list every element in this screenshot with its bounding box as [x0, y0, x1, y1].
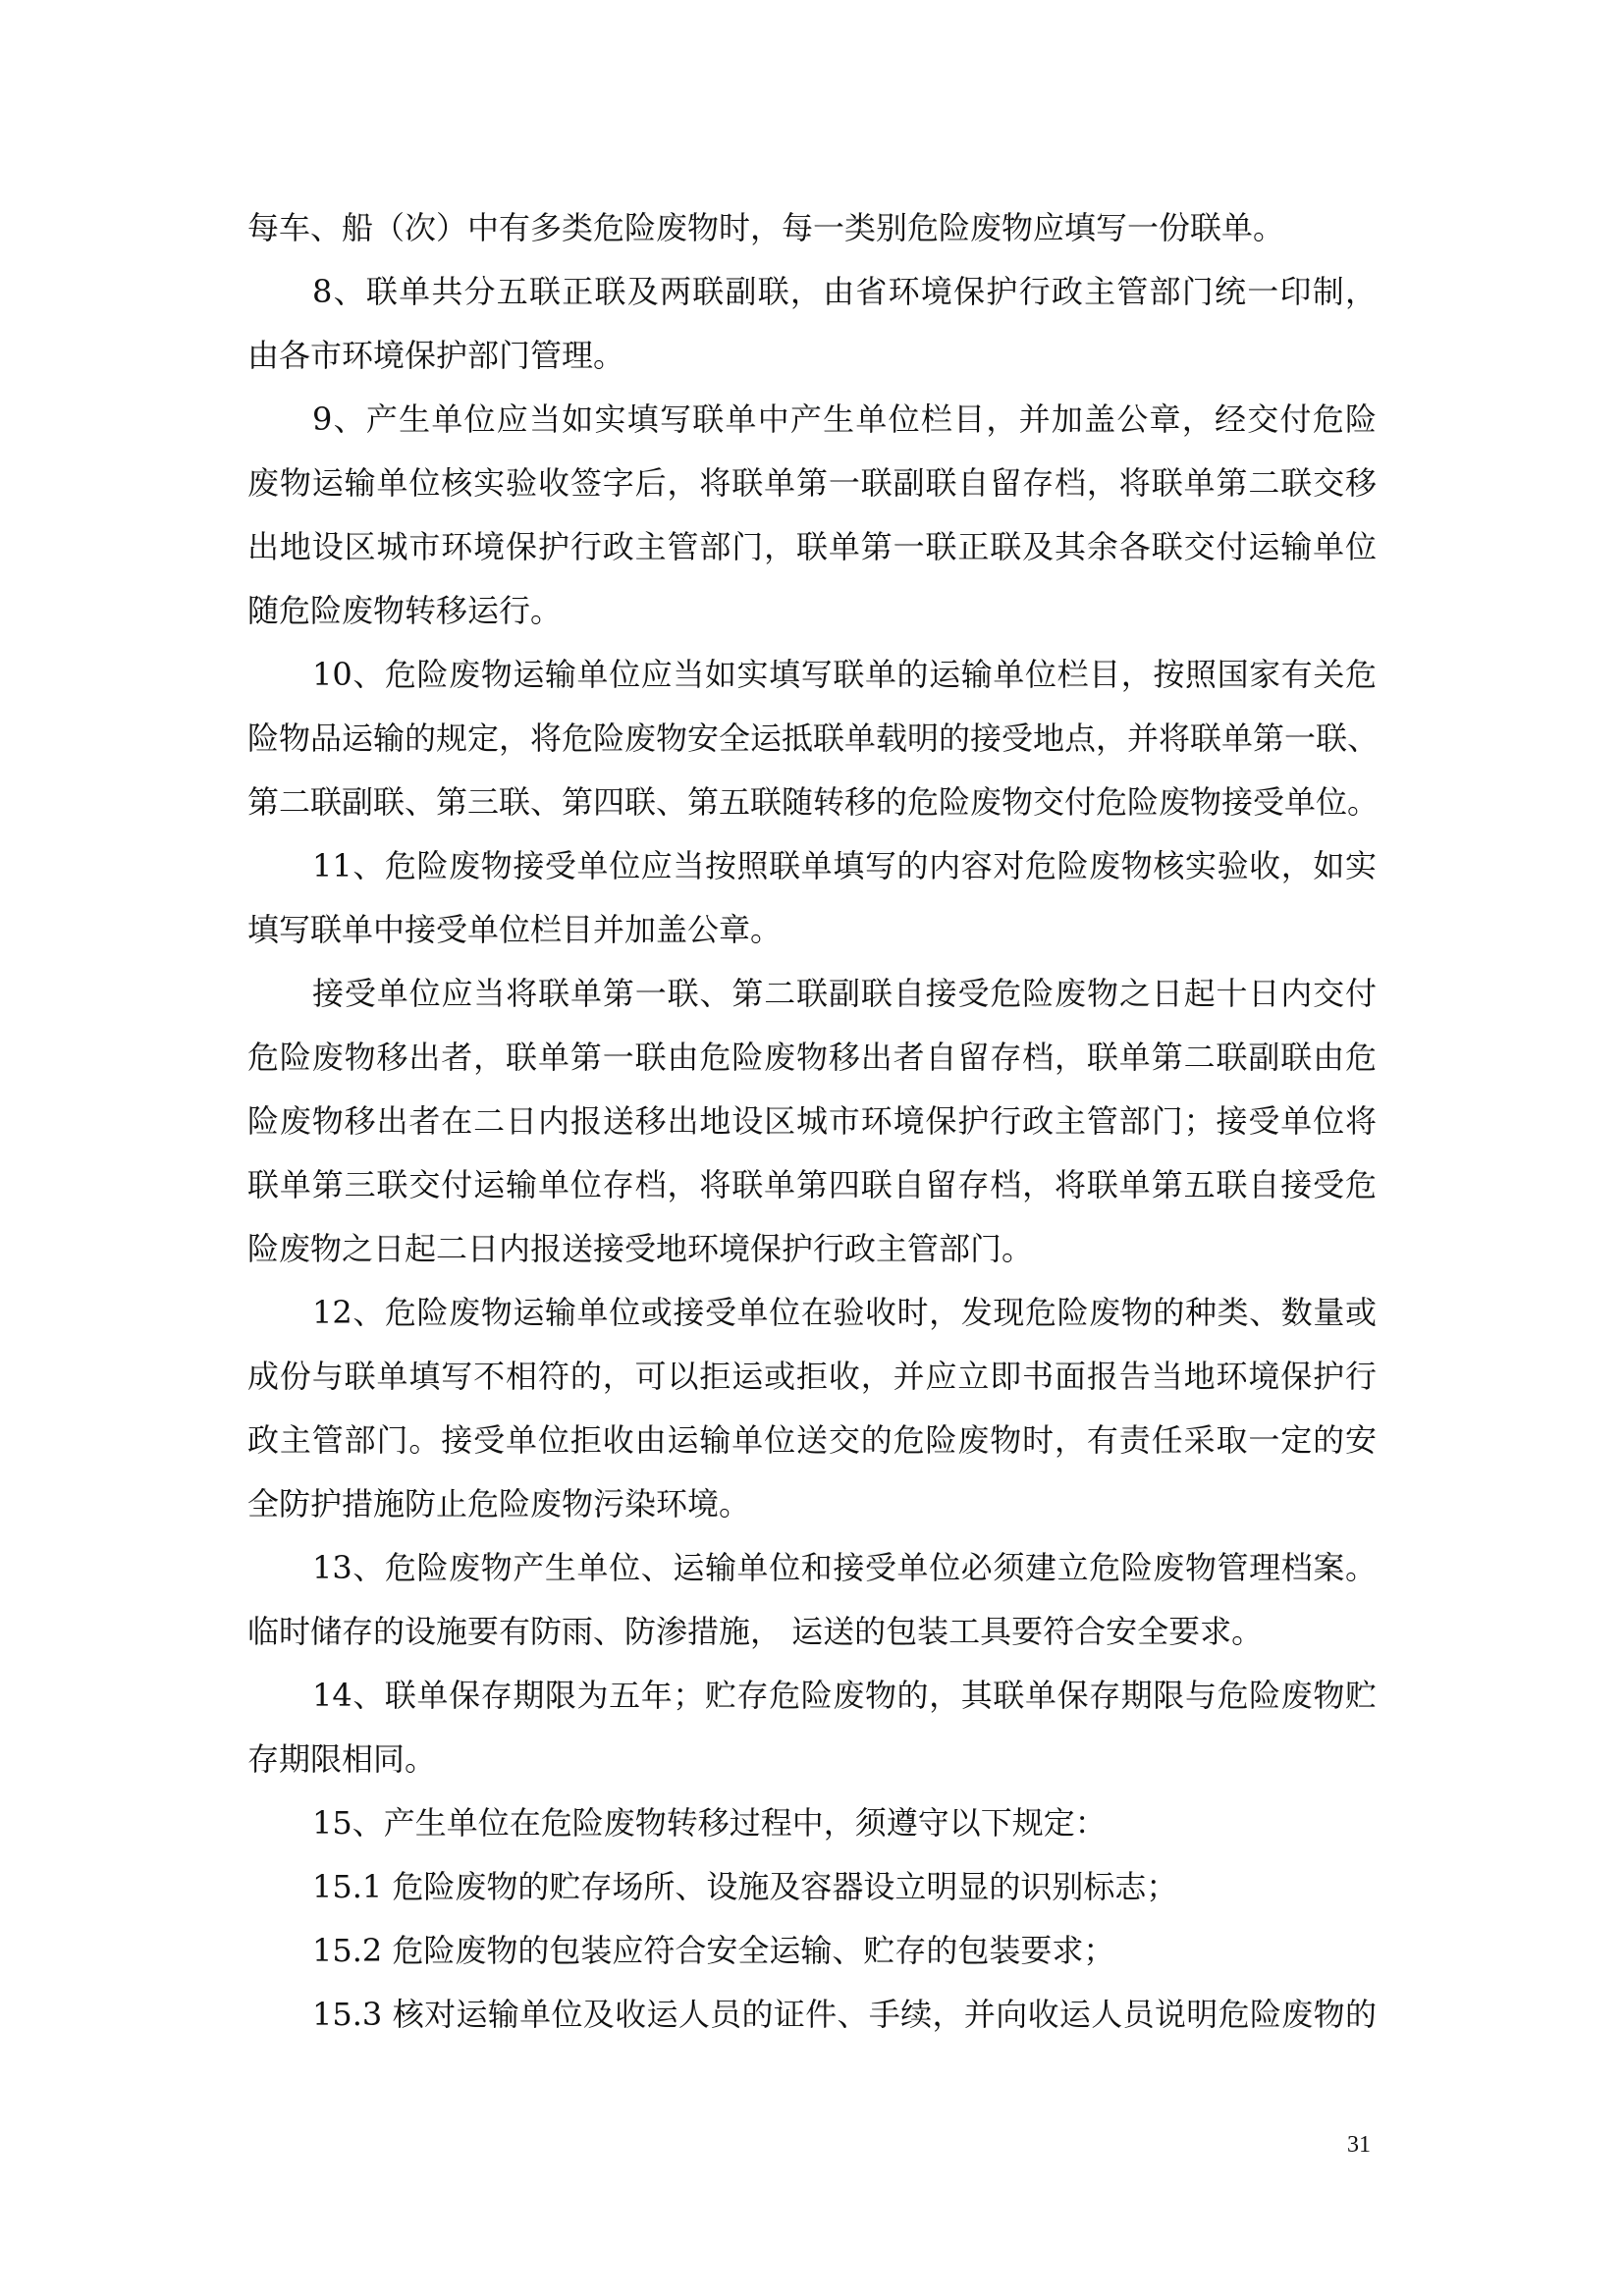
- text-line: 危险废物移出者，联单第一联由危险废物移出者自留存档，联单第二联副联由危: [247, 1026, 1377, 1090]
- text-line: 第二联副联、第三联、第四联、第五联随转移的危险废物交付危险废物接受单位。: [247, 771, 1377, 834]
- body-text: 每车、船（次）中有多类危险废物时，每一类别危险废物应填写一份联单。8、联单共分五…: [247, 196, 1377, 2047]
- text-line: 11、危险废物接受单位应当按照联单填写的内容对危险废物核实验收，如实: [247, 834, 1377, 898]
- text-line: 险物品运输的规定，将危险废物安全运抵联单载明的接受地点，并将联单第一联、: [247, 707, 1377, 771]
- text-line: 临时储存的设施要有防雨、防渗措施， 运送的包装工具要符合安全要求。: [247, 1600, 1377, 1664]
- text-line: 每车、船（次）中有多类危险废物时，每一类别危险废物应填写一份联单。: [247, 196, 1377, 260]
- text-line: 成份与联单填写不相符的，可以拒运或拒收，并应立即书面报告当地环境保护行: [247, 1345, 1377, 1409]
- text-line: 填写联单中接受单位栏目并加盖公章。: [247, 898, 1377, 962]
- text-line: 9、产生单位应当如实填写联单中产生单位栏目，并加盖公章，经交付危险: [247, 388, 1377, 452]
- text-line: 15、产生单位在危险废物转移过程中，须遵守以下规定：: [247, 1791, 1377, 1855]
- text-line: 全防护措施防止危险废物污染环境。: [247, 1472, 1377, 1536]
- text-line: 10、危险废物运输单位应当如实填写联单的运输单位栏目，按照国家有关危: [247, 643, 1377, 707]
- text-line: 随危险废物转移运行。: [247, 579, 1377, 643]
- text-line: 废物运输单位核实验收签字后，将联单第一联副联自留存档，将联单第二联交移: [247, 452, 1377, 515]
- text-line: 15.2 危险废物的包装应符合安全运输、贮存的包装要求；: [247, 1919, 1377, 1983]
- page-number: 31: [1347, 2132, 1371, 2159]
- document-page: 每车、船（次）中有多类危险废物时，每一类别危险废物应填写一份联单。8、联单共分五…: [0, 0, 1624, 2296]
- text-line: 联单第三联交付运输单位存档，将联单第四联自留存档，将联单第五联自接受危: [247, 1153, 1377, 1217]
- text-line: 政主管部门。接受单位拒收由运输单位送交的危险废物时，有责任采取一定的安: [247, 1409, 1377, 1472]
- text-line: 存期限相同。: [247, 1728, 1377, 1791]
- text-line: 由各市环境保护部门管理。: [247, 324, 1377, 388]
- text-line: 险废物之日起二日内报送接受地环境保护行政主管部门。: [247, 1217, 1377, 1281]
- text-line: 8、联单共分五联正联及两联副联，由省环境保护行政主管部门统一印制，: [247, 260, 1377, 324]
- text-line: 14、联单保存期限为五年；贮存危险废物的，其联单保存期限与危险废物贮: [247, 1664, 1377, 1728]
- text-line: 险废物移出者在二日内报送移出地设区城市环境保护行政主管部门；接受单位将: [247, 1090, 1377, 1153]
- text-line: 15.3 核对运输单位及收运人员的证件、手续，并向收运人员说明危险废物的: [247, 1983, 1377, 2047]
- text-line: 13、危险废物产生单位、运输单位和接受单位必须建立危险废物管理档案。: [247, 1536, 1377, 1600]
- text-line: 15.1 危险废物的贮存场所、设施及容器设立明显的识别标志；: [247, 1855, 1377, 1919]
- text-line: 12、危险废物运输单位或接受单位在验收时，发现危险废物的种类、数量或: [247, 1281, 1377, 1345]
- text-line: 出地设区城市环境保护行政主管部门，联单第一联正联及其余各联交付运输单位: [247, 515, 1377, 579]
- text-line: 接受单位应当将联单第一联、第二联副联自接受危险废物之日起十日内交付: [247, 962, 1377, 1026]
